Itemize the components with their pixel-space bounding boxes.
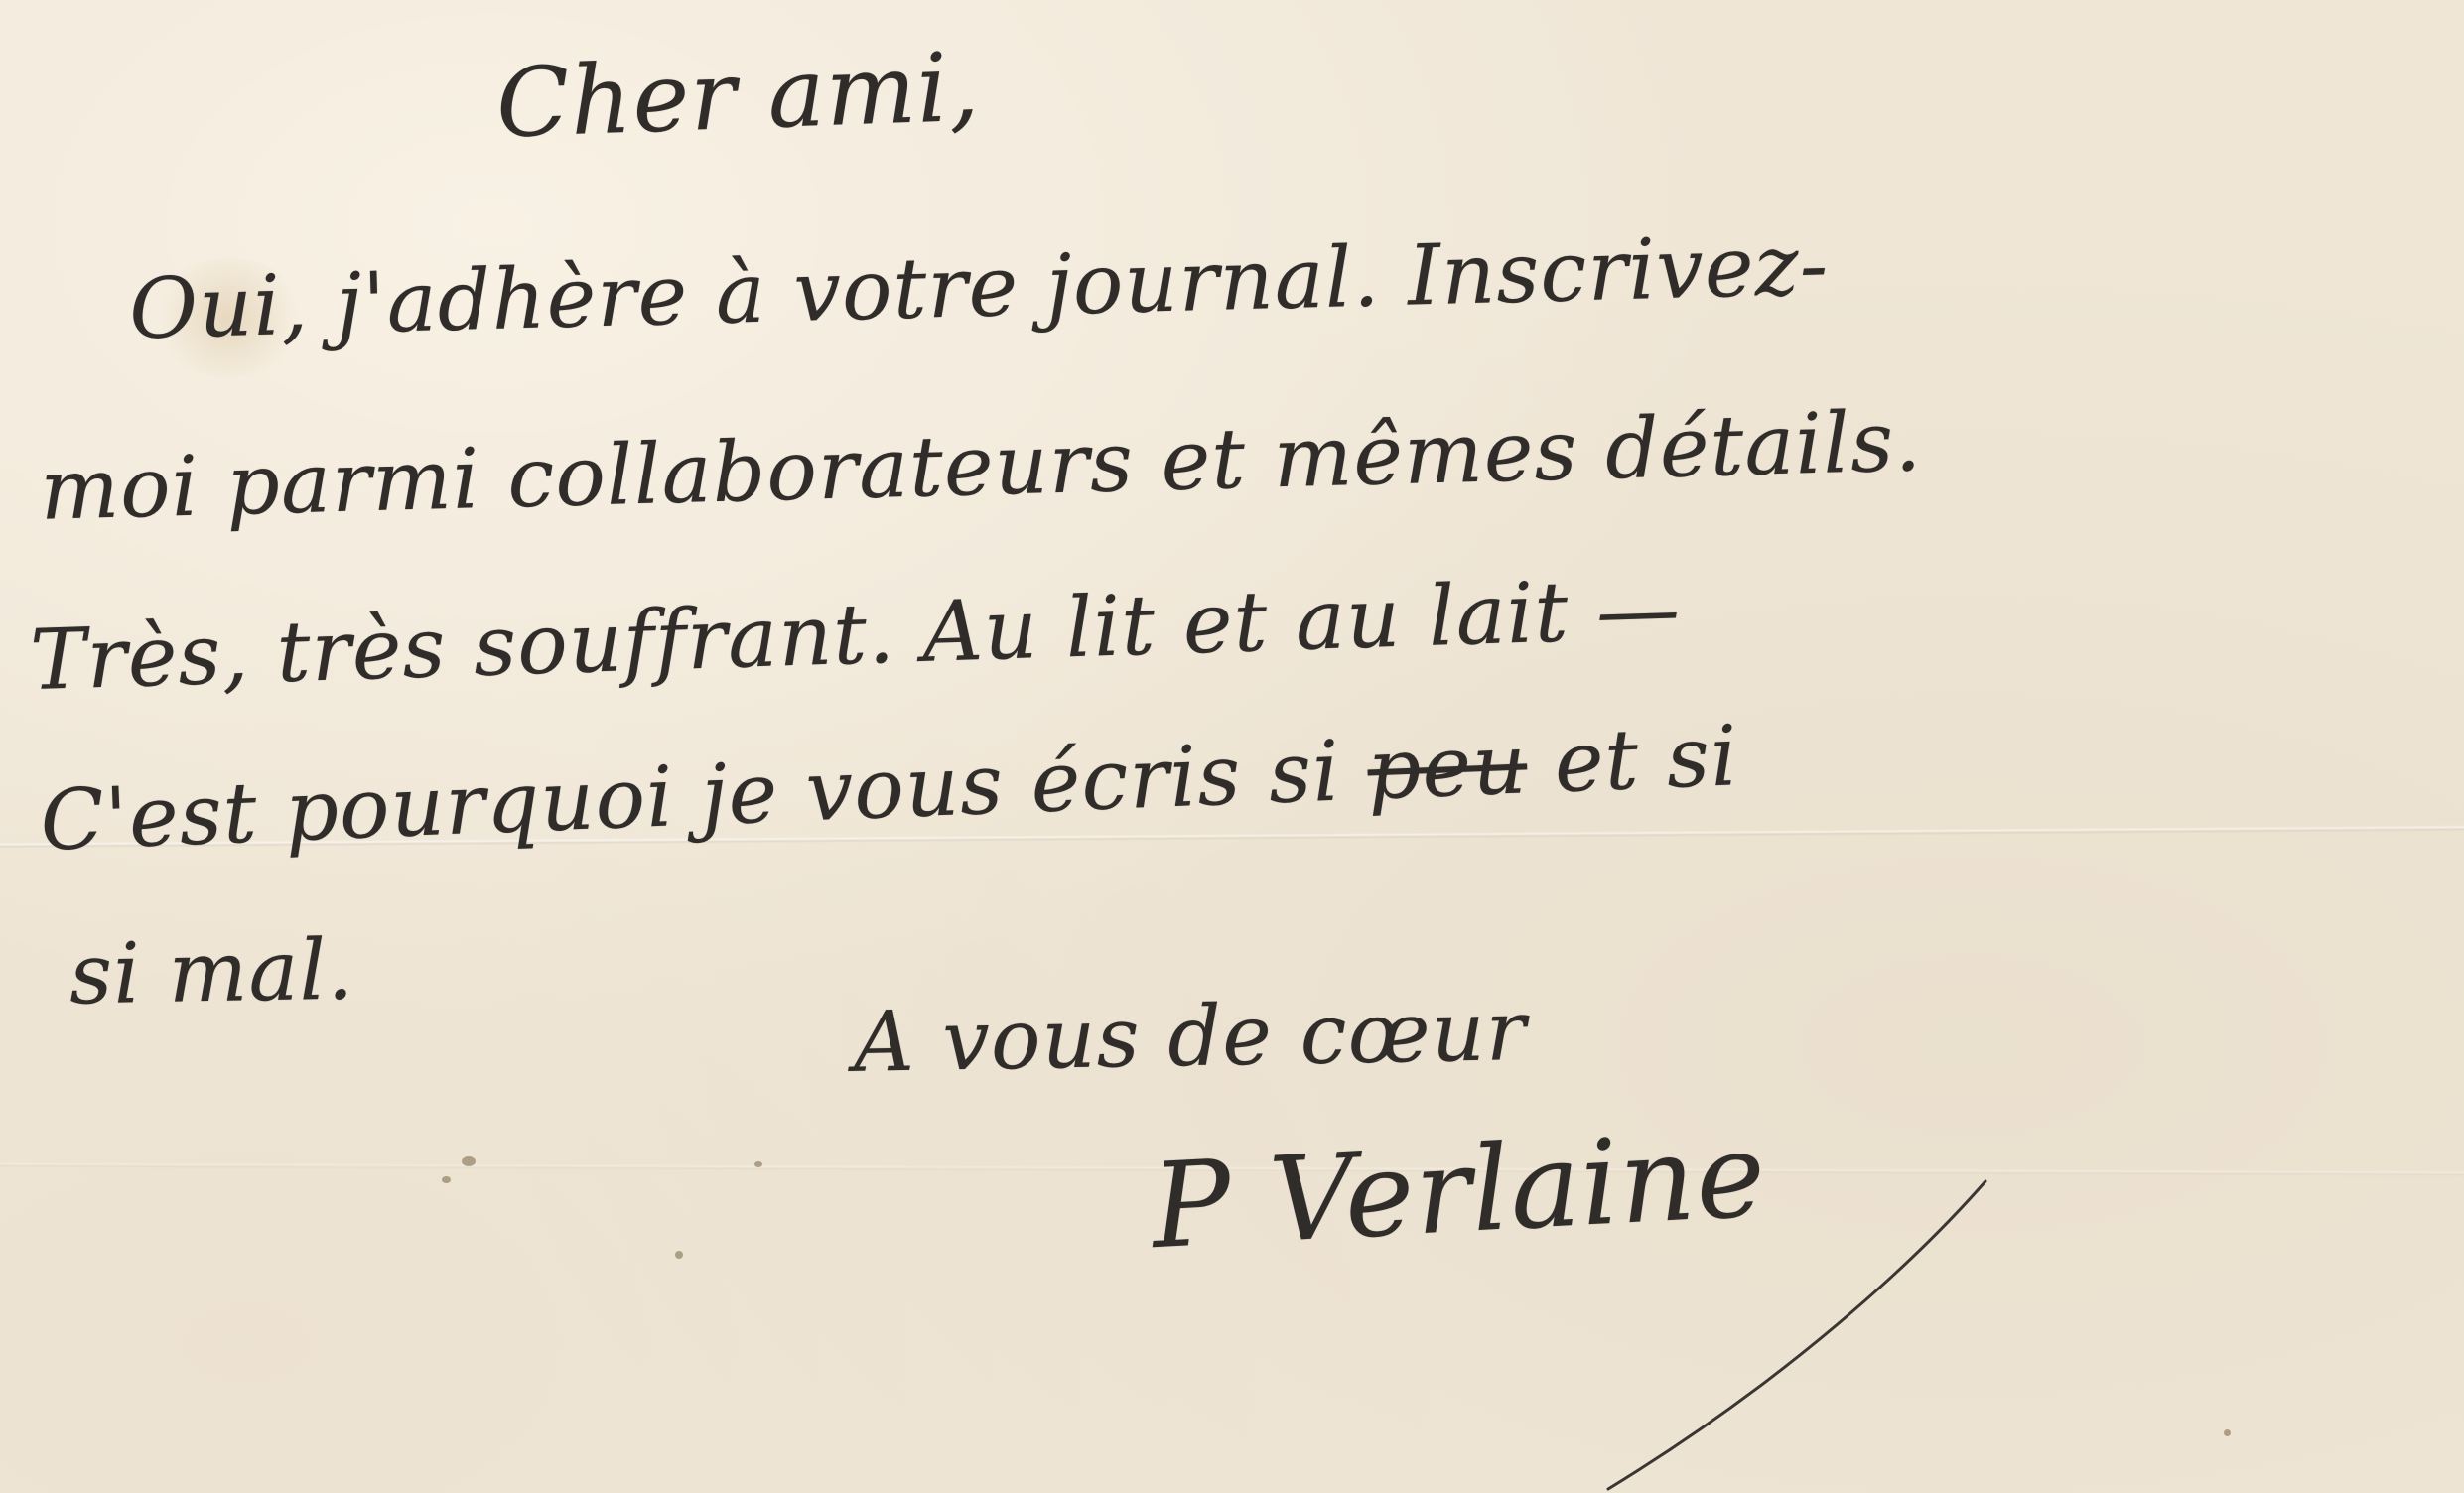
foxing-spot bbox=[675, 1251, 683, 1259]
struck-word: peu bbox=[1366, 715, 1529, 818]
letter-line-3: Très, très souffrant. Au lit et au lait … bbox=[29, 560, 1683, 709]
foxing-spot bbox=[2224, 1429, 2231, 1436]
letter-line-5: si mal. bbox=[68, 921, 355, 1023]
letter-salutation: Cher ami, bbox=[494, 32, 982, 160]
letter-line-4-text-end: et si bbox=[1525, 707, 1739, 812]
signature-flourish-icon bbox=[1588, 1152, 2005, 1493]
letter-closing: A vous de cœur bbox=[853, 982, 1527, 1091]
letter-line-4-text: C'est pourquoi je vous écris si bbox=[39, 722, 1370, 870]
letter-line-2: moi parmi collaborateurs et mêmes détail… bbox=[39, 392, 1923, 539]
letter-page: Cher ami, Oui, j'adhère à votre journal.… bbox=[0, 0, 2464, 1493]
foxing-spot bbox=[462, 1156, 476, 1166]
letter-line-4: C'est pourquoi je vous écris si peu et s… bbox=[39, 707, 1740, 870]
foxing-spot bbox=[754, 1161, 762, 1167]
letter-line-1: Oui, j'adhère à votre journal. Inscrivez… bbox=[128, 216, 1830, 358]
foxing-spot bbox=[442, 1176, 451, 1183]
